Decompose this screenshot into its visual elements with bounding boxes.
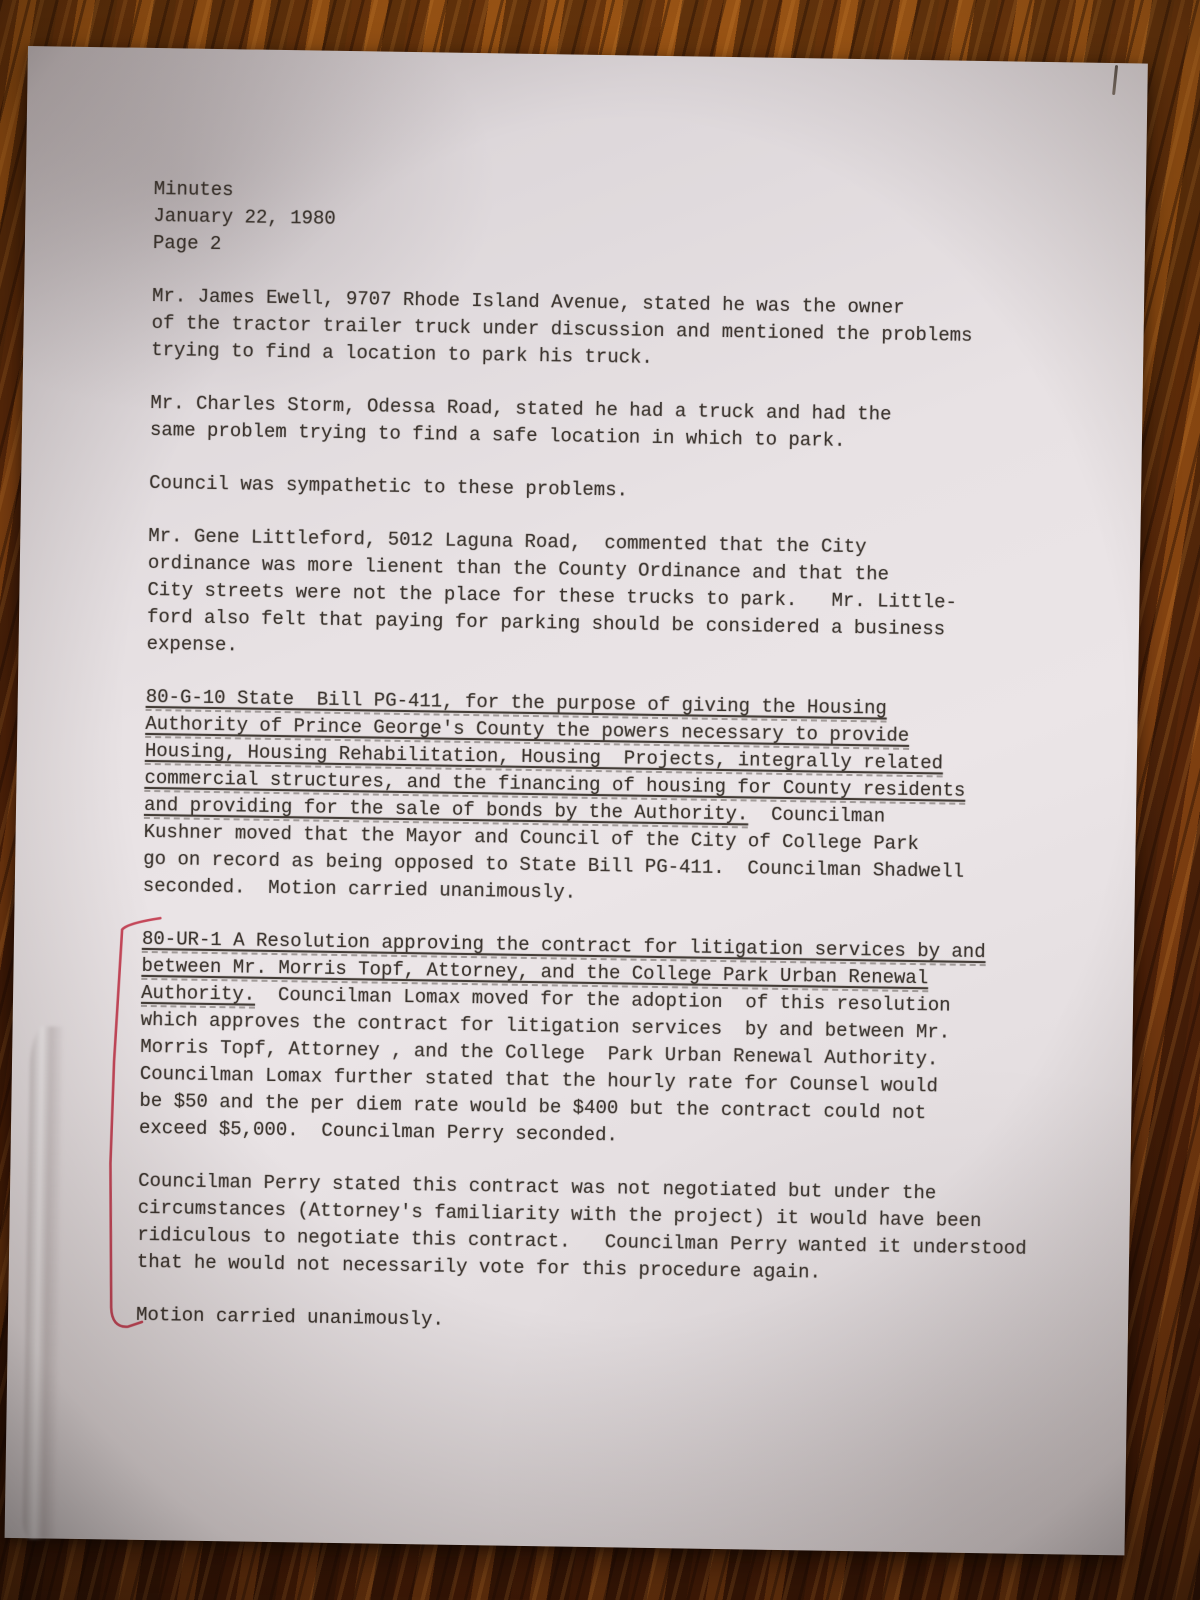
document-page: Minutes January 22, 1980 Page 2 Mr. Jame…	[5, 46, 1148, 1555]
underlined-text: Authority.	[141, 982, 255, 1009]
typed-body: Mr. James Ewell, 9707 Rhode Island Avenu…	[136, 283, 1090, 1344]
paragraph: 80-UR-1 A Resolution approving the contr…	[139, 926, 1080, 1157]
typed-text: seconded. Motion carried unanimously.	[143, 875, 577, 904]
paragraph: Mr. Charles Storm, Odessa Road, stated h…	[150, 390, 1089, 459]
page-header: Minutes January 22, 1980 Page 2	[153, 176, 1092, 272]
paragraph: Councilman Perry stated this contract wa…	[137, 1168, 1077, 1291]
typed-text: Councilman	[748, 803, 885, 827]
paragraph: 80-G-10 State Bill PG-411, for the purpo…	[143, 684, 1084, 915]
typed-text: exceed $5,000. Councilman Perry seconded…	[139, 1117, 618, 1147]
paragraph: Motion carried unanimously.	[136, 1302, 1074, 1344]
paragraph: Mr. Gene Littleford, 5012 Laguna Road, c…	[146, 523, 1086, 673]
paragraph: Council was sympathetic to these problem…	[149, 470, 1087, 512]
typed-content: Minutes January 22, 1980 Page 2 Mr. Jame…	[7, 46, 1147, 1370]
typed-text: expense.	[146, 633, 238, 656]
paragraph: Mr. James Ewell, 9707 Rhode Island Avenu…	[151, 283, 1090, 379]
typed-line: Motion carried unanimously.	[136, 1302, 1074, 1344]
typed-line: Council was sympathetic to these problem…	[149, 470, 1087, 512]
typed-text: Motion carried unanimously.	[136, 1304, 444, 1331]
typed-text: trying to find a location to park his tr…	[151, 339, 653, 369]
typed-text: Council was sympathetic to these problem…	[149, 472, 628, 502]
